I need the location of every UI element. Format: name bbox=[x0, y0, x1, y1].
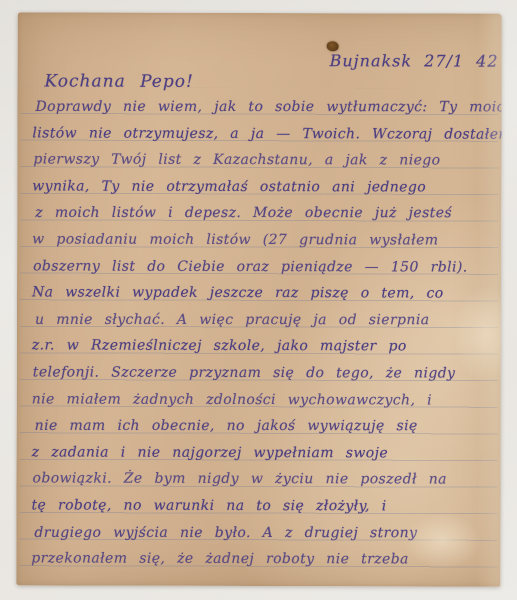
letter-line: z zadania i nie najgorzej wypełniam swoj… bbox=[32, 439, 494, 467]
letter-line: Na wszelki wypadek jeszcze raz piszę o t… bbox=[32, 280, 494, 308]
letter-line: w posiadaniu moich listów (27 grudnia wy… bbox=[32, 226, 494, 254]
letter-line: nie miałem żadnych zdolności wychowawczy… bbox=[32, 386, 494, 414]
letter-line: pierwszy Twój list z Kazachstanu, a jak … bbox=[33, 147, 495, 175]
letter-line: obowiązki. Że bym nigdy w życiu nie posz… bbox=[32, 466, 494, 494]
letter-line: nie mam ich obecnie, no jakoś wywiązuję … bbox=[35, 413, 497, 440]
letter-line: obszerny list do Ciebie oraz pieniądze —… bbox=[33, 253, 495, 281]
letter-dateline: Bujnaksk 27/1 42 bbox=[330, 51, 499, 70]
letter-line: u mnie słychać. A więc pracuję ja od sie… bbox=[35, 307, 497, 334]
letter-line: Doprawdy nie wiem, jak to sobie wytłumac… bbox=[35, 94, 497, 121]
letter-body: Doprawdy nie wiem, jak to sobie wytłumac… bbox=[31, 93, 494, 573]
letter-salutation: Kochana Pepo! bbox=[45, 71, 194, 91]
letter-line: drugiego wyjścia nie było. A z drugiej s… bbox=[34, 519, 496, 546]
letter-line: tę robotę, no warunki na to się złożyły,… bbox=[31, 492, 493, 520]
letter-line: z.r. w Rzemieślniczej szkole, jako majst… bbox=[32, 333, 494, 361]
letter-line: z moich listów i depesz. Może obecnie ju… bbox=[35, 200, 497, 227]
letter-line: listów nie otrzymujesz, a ja — Twoich. W… bbox=[32, 120, 494, 148]
letter-line: telefonji. Szczerze przyznam się do tego… bbox=[33, 359, 495, 387]
letter-line: wynika, Ty nie otrzymałaś ostatnio ani j… bbox=[32, 173, 494, 201]
letter-line: przekonałem się, że żadnej roboty nie tr… bbox=[31, 545, 493, 573]
letter-paper: Bujnaksk 27/1 42 Kochana Pepo! Doprawdy … bbox=[16, 12, 501, 586]
photo-backdrop: Bujnaksk 27/1 42 Kochana Pepo! Doprawdy … bbox=[0, 0, 517, 600]
paper-stain bbox=[327, 41, 339, 51]
